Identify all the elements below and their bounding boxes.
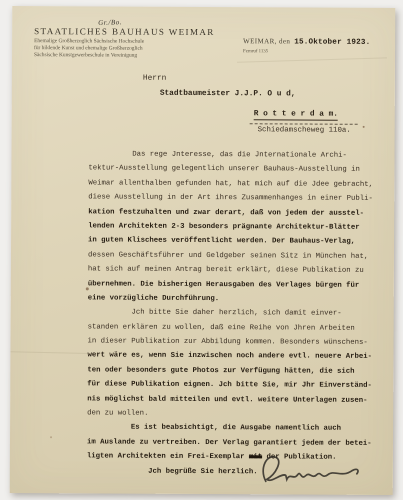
letter-paper: Gr./Bo. STAATLICHES BAUHAUS WEIMAR Ehema… (10, 6, 396, 495)
typed-line: kation festzuhalten und zwar derart, daß… (88, 205, 388, 221)
typed-line: tektur-Ausstellung gelegentlich unserer … (88, 162, 388, 178)
typed-line: Weimar allenthalben gefunden hat, hat mi… (88, 176, 388, 192)
paper-speck (86, 287, 89, 290)
recipient-street: Schiedamscheweg 110a. (258, 126, 351, 134)
recipient-block: Herrn Stadtbaumeister J.J.P. O u d, R o … (12, 6, 395, 8)
typed-line: ten oder besonders gute Photos zur Verfü… (87, 363, 387, 379)
letterhead-title: STAATLICHES BAUHAUS WEIMAR (34, 26, 239, 37)
paper-speck (363, 126, 365, 128)
typed-line: Das rege Jnteresse, das die Jnternationa… (88, 147, 388, 163)
recipient-city: R o t t e r d a m. (254, 110, 338, 120)
typed-line: dessen Geschäftsführer und Geldgeber sei… (88, 248, 388, 264)
typed-line: Jch bitte Sie daher herzlich, sich damit… (88, 306, 388, 322)
letterhead: STAATLICHES BAUHAUS WEIMAR Ehemalige Gro… (34, 26, 239, 60)
gropius-signature (254, 448, 366, 497)
recipient-salutation: Herrn (143, 75, 166, 83)
recipient-name: Stadtbaumeister J.J.P. O u d, (160, 90, 296, 99)
typed-line: diese Ausstellung in der Art ihres Zusam… (88, 191, 388, 207)
typed-line: übernehmen. Die bisherigen Herausgaben d… (88, 277, 388, 293)
typed-line: wert wäre es, wenn Sie inzwischen noch a… (87, 349, 387, 365)
typed-line: lenden Architekten 2-3 besonders prägnan… (88, 219, 388, 235)
typed-date: 15.Oktober 1923. (294, 38, 370, 46)
typed-line: den zu wollen. (87, 406, 387, 422)
scanned-letter-page: { "colors": { "paper": "#ded4b7", "scan_… (0, 0, 403, 500)
typed-line: für diese Publikation eignen. Jch bitte … (87, 378, 387, 394)
city-underline-dashes (250, 123, 358, 125)
typed-line: standen erklären zu wollen, daß eine Rei… (88, 320, 388, 336)
letterhead-subtitle-line: Sächsische Kunstgewerbeschule in Vereini… (34, 52, 239, 60)
place-label: WEIMAR, den (243, 37, 290, 45)
paper-speck (50, 436, 52, 438)
letter-body: Das rege Jnteresse, das die Jnternationa… (87, 147, 389, 480)
phone-label: Fernruf 1135 (243, 49, 370, 55)
paper-crease (237, 57, 387, 62)
signature-scrawl-icon (254, 448, 366, 497)
typed-line: in dieser Publikation zur Abbildung komm… (87, 334, 387, 350)
typed-line: Es ist beabsichtigt, die Ausgabe namentl… (87, 421, 387, 437)
typed-line: hat sich auf meinen Antrag bereit erklär… (88, 263, 388, 279)
typed-line: in guten Klischees veröffentlicht werden… (88, 234, 388, 250)
letterhead-subtitle: Ehemalige Großherzoglich Sächsische Hoch… (34, 38, 239, 60)
typed-line: nis möglichst bald mitteilen und evtl. w… (87, 392, 387, 408)
typed-line: eine vorzügliche Durchführung. (88, 291, 388, 307)
date-block: WEIMAR, den 15.Oktober 1923. Fernruf 113… (243, 30, 370, 55)
